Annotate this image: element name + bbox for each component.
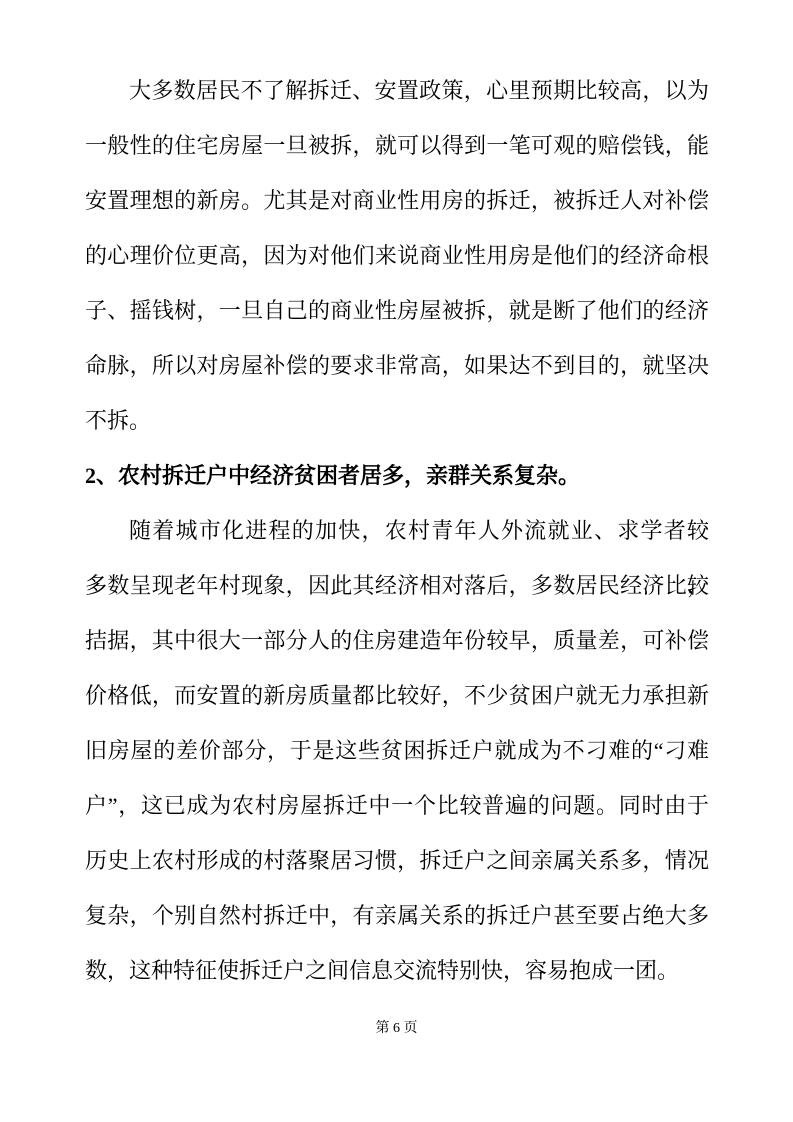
text-line: 复杂，个别自然村拆迁中，有亲属关系的拆迁户甚至要占绝大多 <box>85 888 709 943</box>
page-number: 第 6 页 <box>376 1021 418 1036</box>
text-line: 价格低，而安置的新房质量都比较好，不少贫困户就无力承担新 <box>85 668 709 723</box>
text-line: 子、摇钱树，一旦自己的商业性房屋被拆，就是断了他们的经济 <box>85 283 709 338</box>
document-body: 大多数居民不了解拆迁、安置政策，心里预期比较高，以为一般性的住宅房屋一旦被拆，就… <box>85 63 709 998</box>
text-line: 随着城市化进程的加快，农村青年人外流就业、求学者较多， <box>85 503 709 558</box>
text-line: 旧房屋的差价部分，于是这些贫困拆迁户就成为不刁难的“刁难 <box>85 723 709 778</box>
text-line: 户”，这已成为农村房屋拆迁中一个比较普遍的问题。同时由于 <box>85 778 709 833</box>
document-page: 大多数居民不了解拆迁、安置政策，心里预期比较高，以为一般性的住宅房屋一旦被拆，就… <box>0 0 793 1122</box>
heading-line: 2、农村拆迁户中经济贫困者居多，亲群关系复杂。 <box>85 448 709 503</box>
text-line: 的心理价位更高，因为对他们来说商业性用房是他们的经济命根 <box>85 228 709 283</box>
text-line: 历史上农村形成的村落聚居习惯，拆迁户之间亲属关系多，情况 <box>85 833 709 888</box>
page-footer: 第 6 页 <box>0 1018 793 1040</box>
paragraph: 大多数居民不了解拆迁、安置政策，心里预期比较高，以为一般性的住宅房屋一旦被拆，就… <box>85 63 709 448</box>
section-heading: 2、农村拆迁户中经济贫困者居多，亲群关系复杂。 <box>85 448 709 503</box>
text-line: 一般性的住宅房屋一旦被拆，就可以得到一笔可观的赔偿钱，能 <box>85 118 709 173</box>
text-line: 命脉，所以对房屋补偿的要求非常高，如果达不到目的，就坚决 <box>85 338 709 393</box>
text-line: 不拆。 <box>85 393 709 448</box>
text-line: 数，这种特征使拆迁户之间信息交流特别快，容易抱成一团。 <box>85 943 709 998</box>
paragraph: 随着城市化进程的加快，农村青年人外流就业、求学者较多，多数呈现老年村现象，因此其… <box>85 503 709 998</box>
text-line: 拮据，其中很大一部分人的住房建造年份较早，质量差，可补偿 <box>85 613 709 668</box>
text-line: 多数呈现老年村现象，因此其经济相对落后，多数居民经济比较 <box>85 558 709 613</box>
text-line: 大多数居民不了解拆迁、安置政策，心里预期比较高，以为 <box>85 63 709 118</box>
text-line: 安置理想的新房。尤其是对商业性用房的拆迁，被拆迁人对补偿 <box>85 173 709 228</box>
